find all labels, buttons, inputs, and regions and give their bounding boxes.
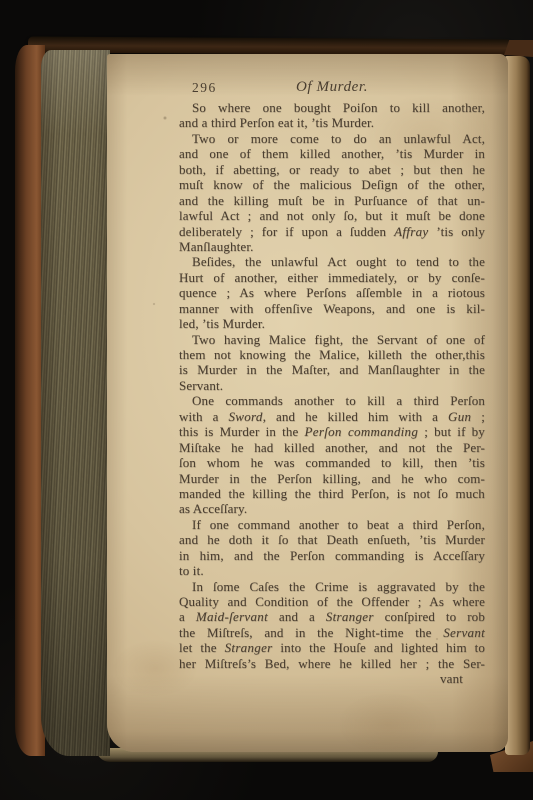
text-line: Miſtake he had killed another, and not t…: [179, 440, 485, 455]
text-line: a Maid-ſervant and a Stranger conſpired …: [179, 609, 485, 624]
text-line: Murder in the Perſon killing, and he who…: [179, 471, 485, 486]
page-header: 296 Of Murder.: [179, 79, 485, 97]
page-fore-edge: [41, 50, 110, 756]
text-line: So where one bought Poiſon to kill anoth…: [179, 100, 485, 115]
text-line: deliberately ; for if upon a ſudden Affr…: [179, 224, 485, 239]
text-line: quence ; As where Perſons aſſemble in a …: [179, 285, 485, 300]
text-line: Hurt of another, either immediately, or …: [179, 270, 485, 285]
text-line: and a third Perſon eat it, ’tis Murder.: [179, 115, 485, 130]
text-line: Beſides, the unlawful Act ought to tend …: [179, 254, 485, 269]
text-line: muſt know of the malicious Deſign of the…: [179, 177, 485, 192]
text-line: in him, and the Perſon commanding is Acc…: [179, 548, 485, 563]
text-line: led, ’tis Murder.: [179, 316, 485, 331]
text-line: lawful Act ; and not only ſo, but it muſ…: [179, 208, 485, 223]
text-line: manner with offenſive Weapons, and one i…: [179, 301, 485, 316]
cover-corner-top-right: [504, 40, 533, 57]
page-number: 296: [192, 80, 217, 96]
page-gutter-curl: [505, 56, 530, 755]
text-line: Manſlaughter.: [179, 239, 485, 254]
text-line: with a Sword, and he killed him with a G…: [179, 409, 485, 424]
scanned-book-photo: 296 Of Murder. So where one bought Poiſo…: [0, 0, 533, 800]
text-line: both, if abetting, or ready to abet ; bu…: [179, 162, 485, 177]
text-line: as Acceſſary.: [179, 501, 485, 516]
text-line: One commands another to kill a third Per…: [179, 393, 485, 408]
printed-text-layer: 296 Of Murder. So where one bought Poiſo…: [107, 54, 508, 752]
running-title: Of Murder.: [179, 79, 485, 96]
text-line: Servant.: [179, 378, 485, 393]
text-line: Quality and Condition of the Offender ; …: [179, 594, 485, 609]
text-line: the Miſtreſs, and in the Night-time the …: [179, 625, 485, 640]
text-line: manded the killing the third Perſon, is …: [179, 486, 485, 501]
text-line: let the Stranger into the Houſe and ligh…: [179, 640, 485, 655]
text-line: and one of them killed another, ’tis Mur…: [179, 146, 485, 161]
text-line: In ſome Caſes the Crime is aggravated by…: [179, 579, 485, 594]
text-line: to it.: [179, 563, 485, 578]
text-line: is Murder in the Maſter, and Manſlaughte…: [179, 362, 485, 377]
text-line: ſon whom he was commanded to kill, then …: [179, 455, 485, 470]
page-text-block: So where one bought Poiſon to kill anoth…: [179, 100, 485, 687]
text-line: Two or more come to do an unlawful Act,: [179, 131, 485, 146]
text-line: If one command another to beat a third P…: [179, 517, 485, 532]
text-line: Two having Malice fight, the Servant of …: [179, 332, 485, 347]
text-line: and the killing muſt be in Purſuance of …: [179, 193, 485, 208]
text-line: them not knowing the Malice, killeth the…: [179, 347, 485, 362]
text-line: her Miſtreſs’s Bed, where he killed her …: [179, 656, 485, 671]
catchword: vant: [179, 671, 485, 686]
text-line: and he doth it ſo that Death enſueth, ’t…: [179, 532, 485, 547]
text-line: this is Murder in the Perſon commanding …: [179, 424, 485, 439]
